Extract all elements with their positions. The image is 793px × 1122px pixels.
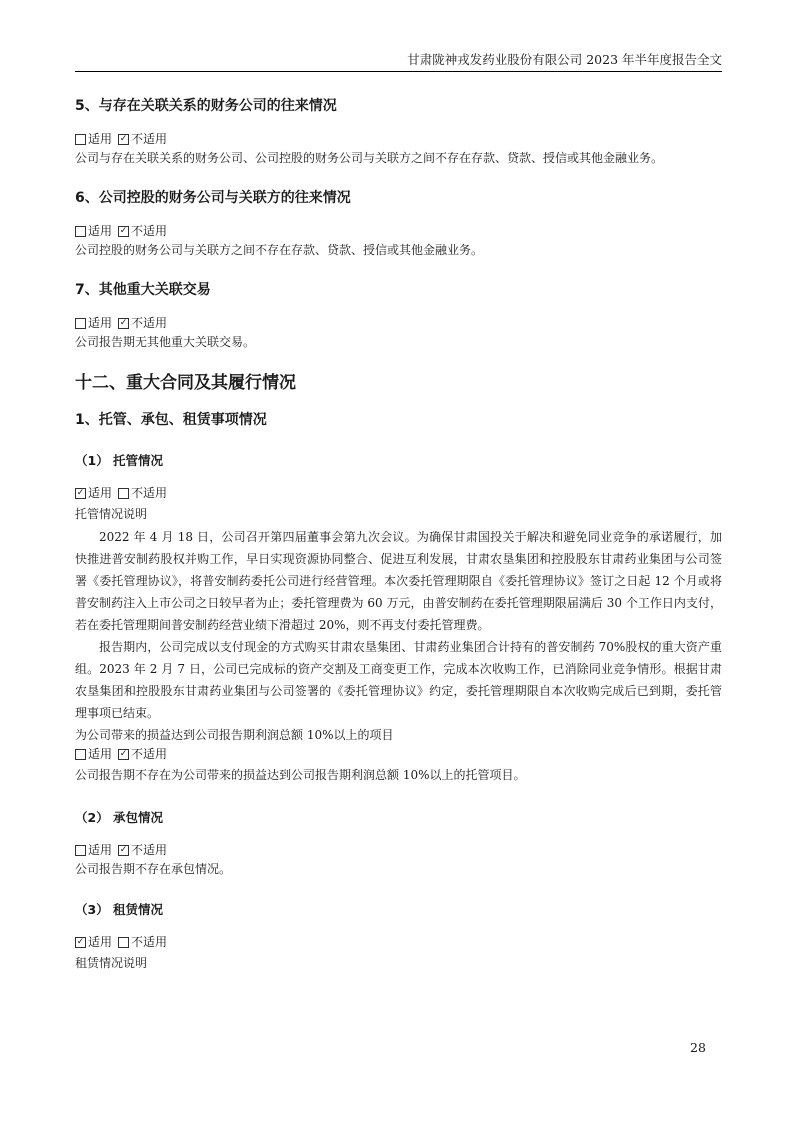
checkbox-applicable: [75, 845, 86, 856]
checkbox-not-applicable-checked: ✓: [118, 845, 129, 856]
lease-title: （3） 租赁情况: [75, 901, 722, 919]
custody-profit-text: 公司报告期不存在为公司带来的损益达到公司报告期利润总额 10%以上的托管项目。: [75, 766, 722, 785]
document-body: 5、与存在关联关系的财务公司的往来情况 适用 ✓不适用 公司与存在关联关系的财务…: [75, 96, 722, 973]
section-5-text: 公司与存在关联关系的财务公司、公司控股的财务公司与关联方之间不存在存款、贷款、授…: [75, 149, 722, 168]
checkbox-not-applicable: [118, 488, 129, 499]
label-applicable: 适用: [88, 222, 112, 241]
contracting-text: 公司报告期不存在承包情况。: [75, 860, 722, 879]
section-6-title: 6、公司控股的财务公司与关联方的往来情况: [75, 188, 722, 208]
checkbox-applicable-checked: ✓: [75, 488, 86, 499]
checkbox-not-applicable-checked: ✓: [118, 749, 129, 760]
custody-paragraph-1: 2022 年 4 月 18 日，公司召开第四届董事会第九次会议。为确保甘肃国投关…: [75, 526, 722, 636]
label-not-applicable: 不适用: [131, 933, 167, 952]
custody-applicability: ✓适用 不适用: [75, 484, 722, 503]
custody-paragraph-2: 报告期内，公司完成以支付现金的方式购买甘肃农垦集团、甘肃药业集团合计持有的普安制…: [75, 636, 722, 724]
checkbox-not-applicable-checked: ✓: [118, 318, 129, 329]
section-5-applicability: 适用 ✓不适用: [75, 130, 722, 149]
section-6-applicability: 适用 ✓不适用: [75, 222, 722, 241]
label-applicable: 适用: [88, 130, 112, 149]
label-applicable: 适用: [88, 314, 112, 333]
chapter-12-title: 十二、重大合同及其履行情况: [75, 372, 722, 394]
checkbox-applicable: [75, 226, 86, 237]
label-not-applicable: 不适用: [131, 841, 167, 860]
label-applicable: 适用: [88, 933, 112, 952]
label-not-applicable: 不适用: [131, 484, 167, 503]
custody-desc-label: 托管情况说明: [75, 505, 722, 524]
lease-desc-label: 租赁情况说明: [75, 954, 722, 973]
contracting-title: （2） 承包情况: [75, 809, 722, 827]
custody-profit-label: 为公司带来的损益达到公司报告期利润总额 10%以上的项目: [75, 726, 722, 745]
page-number: 28: [690, 1040, 706, 1055]
label-applicable: 适用: [88, 484, 112, 503]
checkbox-applicable-checked: ✓: [75, 937, 86, 948]
label-not-applicable: 不适用: [131, 314, 167, 333]
page-header: 甘肃陇神戎发药业股份有限公司 2023 年半年度报告全文: [75, 52, 722, 72]
section-5-title: 5、与存在关联关系的财务公司的往来情况: [75, 96, 722, 116]
checkbox-not-applicable-checked: ✓: [118, 134, 129, 145]
checkbox-not-applicable: [118, 937, 129, 948]
label-not-applicable: 不适用: [131, 130, 167, 149]
section-7-text: 公司报告期无其他重大关联交易。: [75, 333, 722, 352]
label-not-applicable: 不适用: [131, 745, 167, 764]
section-7-applicability: 适用 ✓不适用: [75, 314, 722, 333]
label-applicable: 适用: [88, 841, 112, 860]
custody-title: （1） 托管情况: [75, 452, 722, 470]
section-6-text: 公司控股的财务公司与关联方之间不存在存款、贷款、授信或其他金融业务。: [75, 241, 722, 260]
lease-applicability: ✓适用 不适用: [75, 933, 722, 952]
checkbox-not-applicable-checked: ✓: [118, 226, 129, 237]
checkbox-applicable: [75, 134, 86, 145]
contracting-applicability: 适用 ✓不适用: [75, 841, 722, 860]
subsection-1-title: 1、托管、承包、租赁事项情况: [75, 410, 722, 430]
label-applicable: 适用: [88, 745, 112, 764]
label-not-applicable: 不适用: [131, 222, 167, 241]
custody-profit-applicability: 适用 ✓不适用: [75, 745, 722, 764]
section-7-title: 7、其他重大关联交易: [75, 280, 722, 300]
checkbox-applicable: [75, 749, 86, 760]
checkbox-applicable: [75, 318, 86, 329]
